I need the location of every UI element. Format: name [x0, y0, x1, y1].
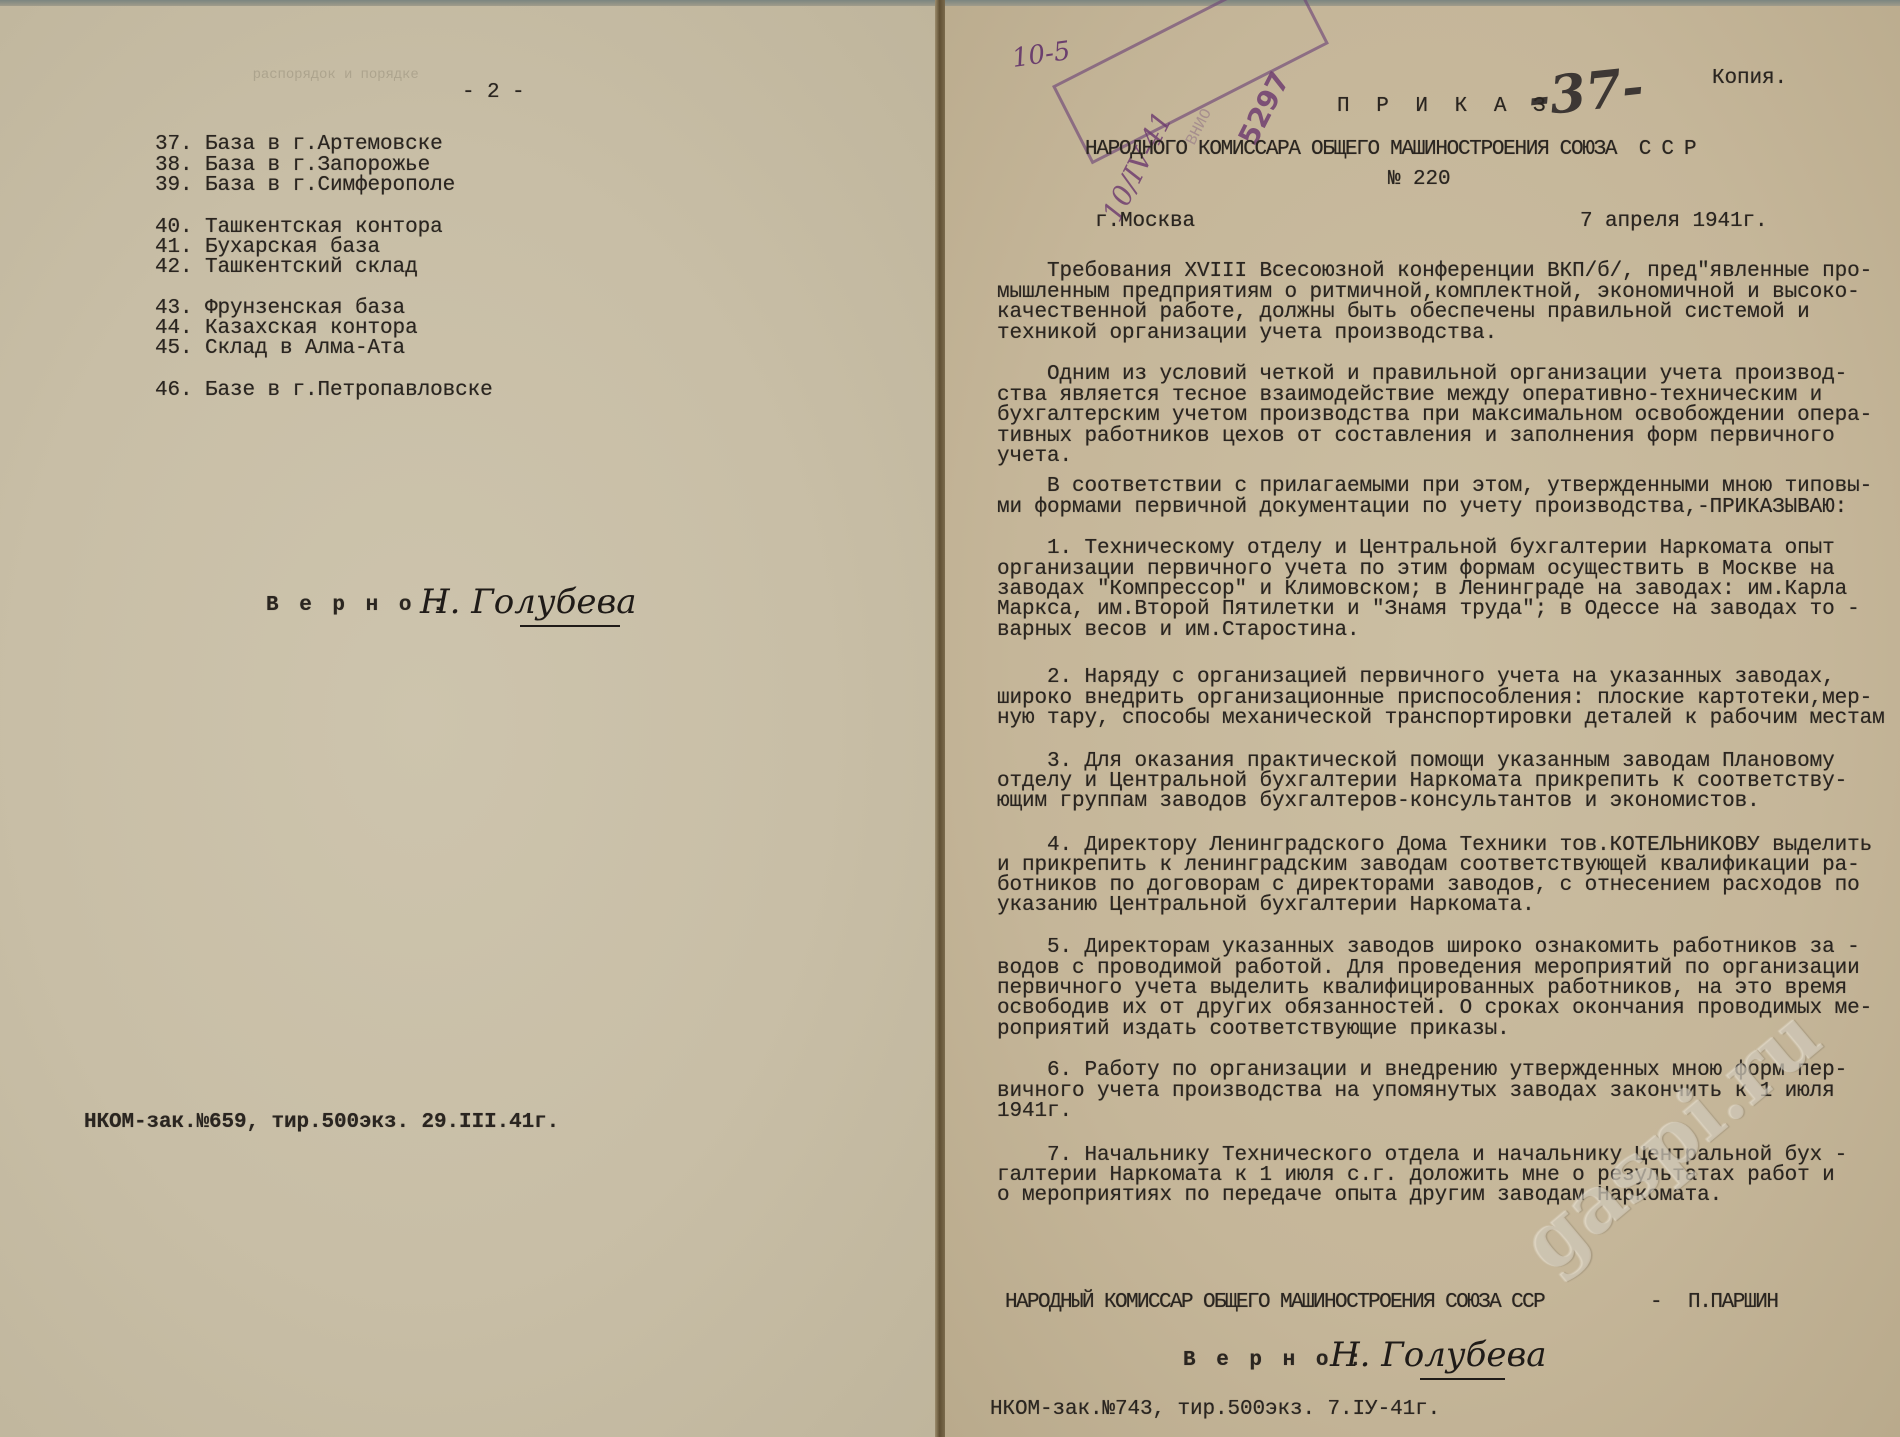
document-subtitle: НАРОДНОГО КОМИССАРА ОБЩЕГО МАШИНОСТРОЕНИ…: [1085, 139, 1695, 161]
text-line: В соответствии с прилагаемыми при этом, …: [997, 476, 1872, 498]
list-item: 45. Склад в Алма-Ата: [155, 338, 405, 360]
text-line: бухгалтерским учетом производства при ма…: [997, 405, 1872, 427]
order-date: 7 апреля 1941г.: [1580, 211, 1768, 233]
signatory-title: НАРОДНЫЙ КОМИССАР ОБЩЕГО МАШИНОСТРОЕНИЯ …: [1005, 1292, 1544, 1314]
page-number: - 2 -: [462, 82, 525, 104]
text-line: качественной работе, должны быть обеспеч…: [997, 302, 1810, 324]
text-line: роприятий издать соответствующие приказы…: [997, 1019, 1510, 1041]
text-line: 2. Наряду с организацией первичного учет…: [997, 667, 1835, 689]
print-info: НКОМ-зак.№743, тир.500экз. 7.IУ-41г.: [990, 1399, 1440, 1421]
bleed-through-text: распорядок и порядке: [70, 64, 435, 86]
list-text: Базе в г.Петропавловске: [205, 379, 493, 402]
handwritten-signature: Н. Голубева: [1330, 1335, 1547, 1375]
text-line: учета.: [997, 446, 1072, 468]
list-number: 39.: [155, 174, 193, 197]
copy-label: Копия.: [1712, 68, 1787, 90]
city: г.Москва: [1095, 211, 1195, 233]
signature-underline: [1420, 1378, 1505, 1380]
text-line: тивных работников цехов от составления и…: [997, 426, 1835, 448]
list-number: 46.: [155, 379, 193, 402]
list-text: База в г.Артемовске: [205, 133, 443, 156]
document-title: П Р И К А З: [1337, 96, 1553, 118]
list-number: 42.: [155, 256, 193, 279]
text-line: ми формами первичной документации по уче…: [997, 497, 1847, 519]
signatory-name: П.ПАРШИН: [1688, 1292, 1778, 1314]
text-line: варных весов и им.Старостина.: [997, 620, 1360, 642]
text-line: 1. Техническому отделу и Центральной бух…: [997, 538, 1835, 560]
list-text: Склад в Алма-Ата: [205, 337, 405, 360]
list-number: 45.: [155, 337, 193, 360]
left-page: [0, 6, 935, 1437]
list-item: 37. База в г.Артемовске: [155, 134, 443, 156]
text-line: освободив их от других обязанностей. О с…: [997, 998, 1872, 1020]
list-number: 37.: [155, 133, 193, 156]
text-line: ющим группам заводов бухгалтеров-консуль…: [997, 791, 1760, 813]
text-line: Одним из условий четкой и правильной орг…: [997, 364, 1847, 386]
book-spine: [935, 0, 945, 1437]
text-line: ную тару, способы механической транспорт…: [997, 708, 1885, 730]
text-line: 1941г.: [997, 1101, 1072, 1123]
text-line: Требования ХVIII Всесоюзной конференции …: [997, 261, 1872, 283]
handwritten-signature: Н. Голубева: [420, 582, 637, 622]
signature-underline: [520, 625, 620, 627]
list-text: База в г.Симферополе: [205, 174, 455, 197]
list-item: 42. Ташкентский склад: [155, 257, 418, 279]
order-number: № 220: [1388, 169, 1451, 191]
signatory-dash: -: [1650, 1292, 1663, 1314]
text-line: техникой организации учета производства.: [997, 323, 1497, 345]
list-item: 39. База в г.Симферополе: [155, 175, 455, 197]
text-line: Маркса, им.Второй Пятилетки и "Знамя тру…: [997, 599, 1860, 621]
print-info: НКОМ-зак.№659, тир.500экз. 29.III.41г.: [84, 1112, 559, 1134]
text-line: 5. Директорам указанных заводов широко о…: [997, 937, 1860, 959]
list-text: Ташкентский склад: [205, 256, 418, 279]
text-line: указанию Центральной бухгалтерии Наркома…: [997, 895, 1535, 917]
list-item: 46. Базе в г.Петропавловске: [155, 380, 493, 402]
